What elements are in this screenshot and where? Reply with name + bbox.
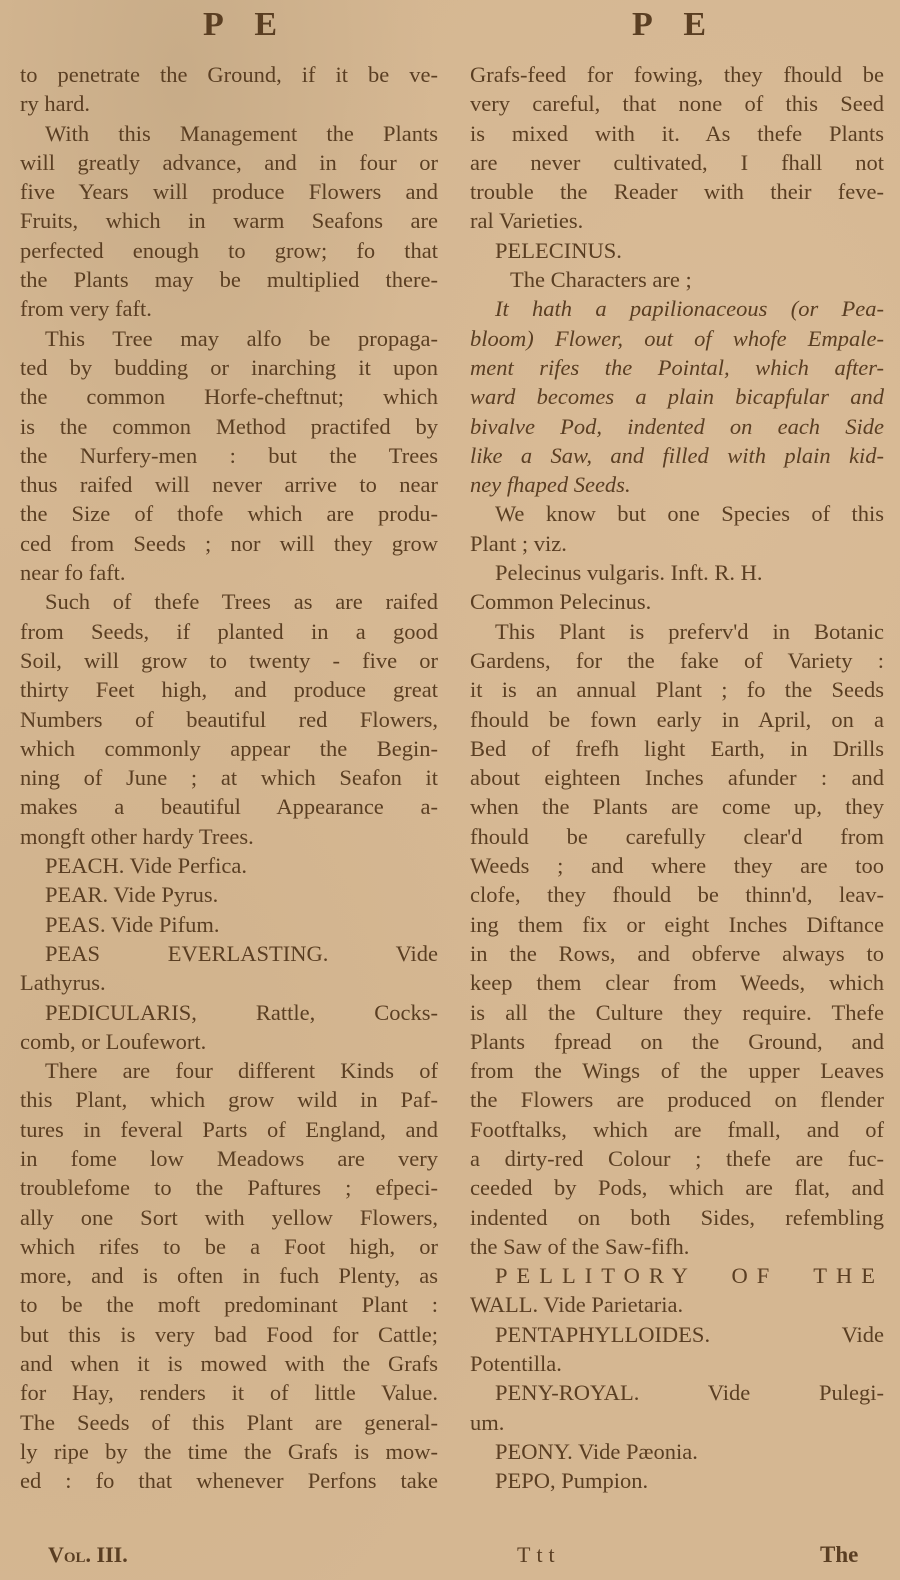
text-line: ed : fo that whenever Perfons take xyxy=(20,1466,438,1495)
text-line: ral Varieties. xyxy=(470,206,884,235)
text-line: fhould be carefully clear'd from xyxy=(470,822,884,851)
text-line: to be the moft predominant Plant : xyxy=(20,1290,438,1319)
text-line: ing them fix or eight Inches Diftance xyxy=(470,910,884,939)
text-line: which commonly appear the Begin- xyxy=(20,734,438,763)
text-line: um. xyxy=(470,1408,884,1437)
text-line: fhould be fown early in April, on a xyxy=(470,705,884,734)
text-line: ment rifes the Pointal, which after- xyxy=(470,353,884,382)
text-line: near fo faft. xyxy=(20,558,438,587)
text-line: Grafs-feed for fowing, they fhould be xyxy=(470,60,884,89)
text-line: thus raifed will never arrive to near xyxy=(20,470,438,499)
text-line: ceeded by Pods, which are flat, and xyxy=(470,1173,884,1202)
running-head-right: P E xyxy=(632,6,718,44)
text-line: PEAS. Vide Pifum. xyxy=(20,910,438,939)
text-line: keep them clear from Weeds, which xyxy=(470,968,884,997)
text-line: which rifes to be a Foot high, or xyxy=(20,1232,438,1261)
text-line: the common Horfe-cheftnut; which xyxy=(20,382,438,411)
text-line: With this Management the Plants xyxy=(20,119,438,148)
text-line: ney fhaped Seeds. xyxy=(470,470,884,499)
text-line: is all the Culture they require. Thefe xyxy=(470,998,884,1027)
text-line: PENTAPHYLLOIDES. Vide xyxy=(470,1320,884,1349)
book-page: P E P E to penetrate the Ground, if it b… xyxy=(0,0,900,1580)
text-line: The Characters are ; xyxy=(470,265,884,294)
text-line: will greatly advance, and in four or xyxy=(20,148,438,177)
text-line: ry hard. xyxy=(20,89,438,118)
text-line: tures in feveral Parts of England, and xyxy=(20,1115,438,1144)
text-line: This Plant is preferv'd in Botanic xyxy=(470,617,884,646)
text-line: the Plants may be multiplied there- xyxy=(20,265,438,294)
text-line: Plant ; viz. xyxy=(470,529,884,558)
text-line: Pelecinus vulgaris. Inft. R. H. xyxy=(470,558,884,587)
text-line: but this is very bad Food for Cattle; xyxy=(20,1320,438,1349)
text-line: It hath a papilionaceous (or Pea- xyxy=(470,294,884,323)
text-line: ning of June ; at which Seafon it xyxy=(20,763,438,792)
text-line: about eighteen Inches afunder : and xyxy=(470,763,884,792)
text-line: ly ripe by the time the Grafs is mow- xyxy=(20,1437,438,1466)
text-line: bloom) Flower, out of whofe Empale- xyxy=(470,324,884,353)
volume-label: Vol. III. xyxy=(48,1542,128,1568)
text-line: ward becomes a plain bicapfular and xyxy=(470,382,884,411)
text-line: and when it is mowed with the Grafs xyxy=(20,1349,438,1378)
text-line: the Flowers are produced on flender xyxy=(470,1085,884,1114)
text-line: PENY-ROYAL. Vide Pulegi- xyxy=(470,1378,884,1407)
text-line: from Seeds, if planted in a good xyxy=(20,617,438,646)
text-line: PELLITORY OF THE xyxy=(470,1261,884,1290)
text-line: in the Rows, and obferve always to xyxy=(470,939,884,968)
text-line: troublefome to the Paftures ; efpeci- xyxy=(20,1173,438,1202)
text-line: makes a beautiful Appearance a- xyxy=(20,792,438,821)
text-line: comb, or Loufewort. xyxy=(20,1027,438,1056)
text-line: WALL. Vide Parietaria. xyxy=(470,1290,884,1319)
text-line: Bed of frefh light Earth, in Drills xyxy=(470,734,884,763)
text-line: it is an annual Plant ; fo the Seeds xyxy=(470,675,884,704)
text-line: are never cultivated, I fhall not xyxy=(470,148,884,177)
text-line: The Seeds of this Plant are general- xyxy=(20,1408,438,1437)
text-line: more, and is often in fuch Plenty, as xyxy=(20,1261,438,1290)
text-line: very careful, that none of this Seed xyxy=(470,89,884,118)
text-line: from the Wings of the upper Leaves xyxy=(470,1056,884,1085)
text-line: from very faft. xyxy=(20,294,438,323)
text-line: for Hay, renders it of little Value. xyxy=(20,1378,438,1407)
text-line: ted by budding or inarching it upon xyxy=(20,353,438,382)
text-line: clofe, they fhould be thinn'd, leav- xyxy=(470,880,884,909)
text-line: PEACH. Vide Perfica. xyxy=(20,851,438,880)
text-line: Footftalks, which are fmall, and of xyxy=(470,1115,884,1144)
text-line: trouble the Reader with their feve- xyxy=(470,177,884,206)
text-line: mongft other hardy Trees. xyxy=(20,822,438,851)
text-line: the Nurfery-men : but the Trees xyxy=(20,441,438,470)
text-line: Soil, will grow to twenty - five or xyxy=(20,646,438,675)
text-line: five Years will produce Flowers and xyxy=(20,177,438,206)
text-line: Weeds ; and where they are too xyxy=(470,851,884,880)
text-line: PEPO, Pumpion. xyxy=(470,1466,884,1495)
running-head-left: P E xyxy=(203,6,289,44)
text-line: This Tree may alfo be propaga- xyxy=(20,324,438,353)
catchword: The xyxy=(820,1542,858,1568)
text-line: to penetrate the Ground, if it be ve- xyxy=(20,60,438,89)
text-line: perfected enough to grow; fo that xyxy=(20,236,438,265)
text-line: thirty Feet high, and produce great xyxy=(20,675,438,704)
text-line: There are four different Kinds of xyxy=(20,1056,438,1085)
text-line: like a Saw, and filled with plain kid- xyxy=(470,441,884,470)
text-line: bivalve Pod, indented on each Side xyxy=(470,412,884,441)
text-line: PEAR. Vide Pyrus. xyxy=(20,880,438,909)
text-line: We know but one Species of this xyxy=(470,499,884,528)
text-line: this Plant, which grow wild in Paf- xyxy=(20,1085,438,1114)
text-line: in fome low Meadows are very xyxy=(20,1144,438,1173)
text-line: Potentilla. xyxy=(470,1349,884,1378)
text-line: ally one Sort with yellow Flowers, xyxy=(20,1203,438,1232)
text-line: Numbers of beautiful red Flowers, xyxy=(20,705,438,734)
text-line: the Saw of the Saw-fifh. xyxy=(470,1232,884,1261)
text-line: PEAS EVERLASTING. Vide xyxy=(20,939,438,968)
text-line: Lathyrus. xyxy=(20,968,438,997)
text-line: is the common Method practifed by xyxy=(20,412,438,441)
text-line: the Size of thofe which are produ- xyxy=(20,499,438,528)
text-line: Fruits, which in warm Seafons are xyxy=(20,206,438,235)
text-line: ced from Seeds ; nor will they grow xyxy=(20,529,438,558)
signature-mark: Ttt xyxy=(517,1542,561,1568)
text-line: PEDICULARIS, Rattle, Cocks- xyxy=(20,998,438,1027)
text-line: Gardens, for the fake of Variety : xyxy=(470,646,884,675)
text-line: PELECINUS. xyxy=(470,236,884,265)
right-column: Grafs-feed for fowing, they fhould bever… xyxy=(470,60,884,1496)
text-line: a dirty-red Colour ; thefe are fuc- xyxy=(470,1144,884,1173)
text-line: Common Pelecinus. xyxy=(470,587,884,616)
text-line: Such of thefe Trees as are raifed xyxy=(20,587,438,616)
text-line: PEONY. Vide Pæonia. xyxy=(470,1437,884,1466)
text-line: indented on both Sides, refembling xyxy=(470,1203,884,1232)
text-line: Plants fpread on the Ground, and xyxy=(470,1027,884,1056)
left-column: to penetrate the Ground, if it be ve-ry … xyxy=(20,60,438,1496)
text-line: when the Plants are come up, they xyxy=(470,792,884,821)
text-line: is mixed with it. As thefe Plants xyxy=(470,119,884,148)
